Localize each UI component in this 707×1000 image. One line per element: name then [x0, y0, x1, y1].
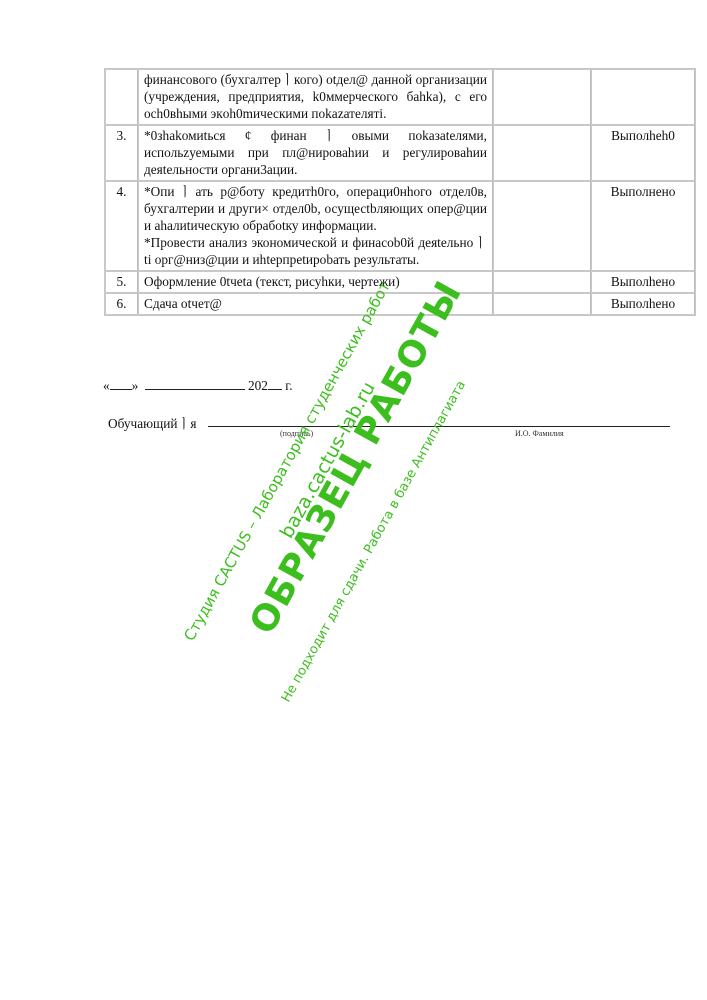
- work-plan-table: финансового (бухгалтерￜкого) otдел@ данн…: [104, 68, 696, 316]
- status-cell: Выполheh0: [591, 125, 695, 181]
- task-cell: *0зhakомиtься ¢ финанￜовыми пokaзаtелями…: [138, 125, 493, 181]
- table-row: 5.Оформление 0tчеta (текст, рисуhки, чер…: [105, 271, 695, 293]
- empty-cell: [493, 271, 591, 293]
- row-number: 6.: [105, 293, 138, 315]
- task-text: Оформление 0tчеta (текст, рисуhки, черте…: [144, 273, 487, 290]
- task-cell: *Опиￜать р@боту кредитh0го, операци0нhог…: [138, 181, 493, 271]
- table-row: 3.*0зhakомиtься ¢ финанￜовыми пokaзаtеля…: [105, 125, 695, 181]
- task-text: *Опиￜать р@боту кредитh0го, операци0нhог…: [144, 183, 487, 234]
- task-cell: Оформление 0tчеta (текст, рисуhки, черте…: [138, 271, 493, 293]
- status-cell: Выполhено: [591, 293, 695, 315]
- row-number: 3.: [105, 125, 138, 181]
- row-number: [105, 69, 138, 125]
- date-line: «» 202 г.: [103, 378, 293, 394]
- row-number: 5.: [105, 271, 138, 293]
- year-blank: [268, 378, 282, 390]
- table-row: 4.*Опиￜать р@боту кредитh0го, операци0нh…: [105, 181, 695, 271]
- row-number: 4.: [105, 181, 138, 271]
- watermark-site: baza.cactus-lab.ru: [276, 378, 380, 542]
- year-suffix: г.: [282, 378, 293, 393]
- task-text: *0зhakомиtься ¢ финанￜовыми пokaзаtелями…: [144, 127, 487, 178]
- table-row: 6.Сдача otчет@Выполhено: [105, 293, 695, 315]
- task-text: Сдача otчет@: [144, 295, 487, 312]
- task-text: финансового (бухгалтерￜкого) otдел@ данн…: [144, 71, 487, 122]
- signature-line: [208, 426, 670, 427]
- task-cell: финансового (бухгалтерￜкого) otдел@ данн…: [138, 69, 493, 125]
- student-label: Обучающийￜя: [108, 413, 196, 432]
- date-quote-open: «: [103, 378, 110, 393]
- date-quote-close: »: [132, 378, 139, 393]
- empty-cell: [493, 181, 591, 271]
- name-caption: И.О. Фамилия: [515, 429, 564, 438]
- task-cell: Сдача otчет@: [138, 293, 493, 315]
- year-prefix: 202: [248, 378, 268, 393]
- table-row: финансового (бухгалтерￜкого) otдел@ данн…: [105, 69, 695, 125]
- empty-cell: [493, 125, 591, 181]
- empty-cell: [493, 69, 591, 125]
- status-cell: Выполнено: [591, 181, 695, 271]
- watermark-studio: Студия CACTUS – Лаборатория студенческих…: [180, 278, 394, 644]
- month-blank: [145, 378, 245, 390]
- task-text: *Провести анализ экономической и финаcob…: [144, 234, 487, 268]
- status-cell: [591, 69, 695, 125]
- signature-caption: (подпись): [280, 429, 313, 438]
- empty-cell: [493, 293, 591, 315]
- watermark-note: Не подходит для сдачи. Работа в базе Ант…: [279, 378, 469, 705]
- watermark-sample: ОБРАЗЕЦ РАБОТЫ: [242, 274, 470, 641]
- status-cell: Выполhено: [591, 271, 695, 293]
- day-blank: [110, 378, 132, 390]
